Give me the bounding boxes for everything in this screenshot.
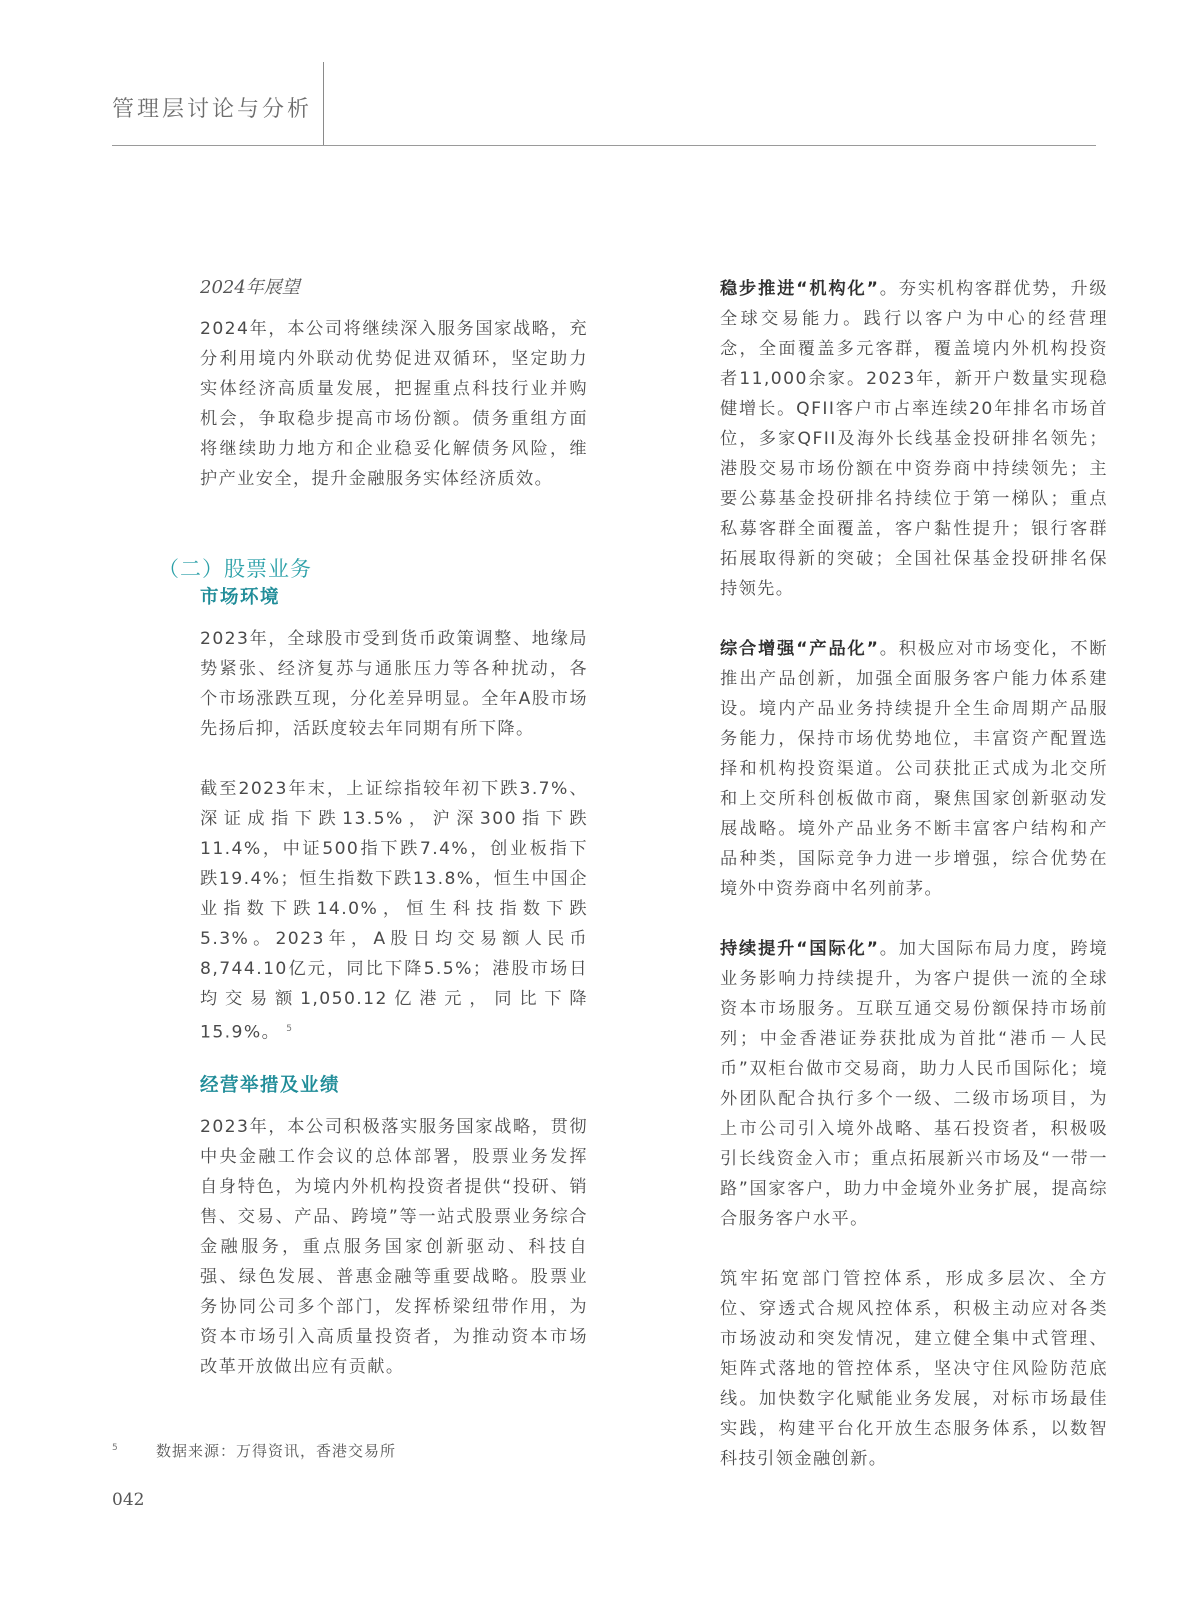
operations-body: 2023年，本公司积极落实服务国家战略，贯彻中央金融工作会议的总体部署，股票业务… [200,1112,588,1382]
footnote: 5数据来源：万得资讯，香港交易所 [112,1440,396,1461]
page-number: 042 [112,1490,144,1510]
spacer [200,744,588,774]
spacer [720,604,1108,634]
footnote-number: 5 [112,1443,156,1453]
paragraph-text: 。积极应对市场变化，不断推出产品创新，加强全面服务客户能力体系建设。境内产品业务… [720,639,1108,899]
header-vertical-divider [323,62,324,146]
paragraph-text: 筑牢拓宽部门管控体系，形成多层次、全方位、穿透式合规风控体系，积极主动应对各类市… [720,1269,1108,1469]
left-column: 2024年展望 2024年，本公司将继续深入服务国家战略，充分利用境内外联动优势… [200,274,588,1382]
outlook-heading: 2024年展望 [200,274,588,302]
header-horizontal-divider [112,145,1096,146]
section-heading-equities: （二）股票业务 [158,553,312,583]
paragraph-institutionalization: 稳步推进“机构化”。夯实机构客群优势，升级全球交易能力。践行以客户为中心的经营理… [720,274,1108,604]
paragraph-text: 。夯实机构客群优势，升级全球交易能力。践行以客户为中心的经营理念，全面覆盖多元客… [720,279,1108,599]
paragraph-lead: 持续提升“国际化” [720,939,879,959]
paragraph-productization: 综合增强“产品化”。积极应对市场变化，不断推出产品创新，加强全面服务客户能力体系… [720,634,1108,904]
spacer [720,904,1108,934]
market-environment-heading: 市场环境 [200,584,588,612]
paragraph-lead: 综合增强“产品化” [720,639,879,659]
header-title: 管理层讨论与分析 [112,92,312,123]
footnote-reference[interactable]: 5 [286,1024,293,1034]
paragraph-text: 。加大国际布局力度，跨境业务影响力持续提升，为客户提供一流的全球资本市场服务。互… [720,939,1108,1229]
market-environment-para-2-text: 截至2023年末，上证综指较年初下跌3.7%、深证成指下跌13.5%，沪深300… [200,779,588,1043]
paragraph-risk-control: 筑牢拓宽部门管控体系，形成多层次、全方位、穿透式合规风控体系，积极主动应对各类市… [720,1264,1108,1474]
spacer [720,1234,1108,1264]
operations-heading: 经营举措及业绩 [200,1072,588,1100]
market-environment-para-1: 2023年，全球股市受到货币政策调整、地缘局势紧张、经济复苏与通胀压力等各种扰动… [200,624,588,744]
footnote-text: 数据来源：万得资讯，香港交易所 [156,1442,396,1460]
paragraph-internationalization: 持续提升“国际化”。加大国际布局力度，跨境业务影响力持续提升，为客户提供一流的全… [720,934,1108,1234]
outlook-body: 2024年，本公司将继续深入服务国家战略，充分利用境内外联动优势促进双循环，坚定… [200,314,588,494]
spacer [200,1048,588,1072]
paragraph-lead: 稳步推进“机构化” [720,279,879,299]
right-column: 稳步推进“机构化”。夯实机构客群优势，升级全球交易能力。践行以客户为中心的经营理… [720,274,1108,1474]
market-environment-para-2: 截至2023年末，上证综指较年初下跌3.7%、深证成指下跌13.5%，沪深300… [200,774,588,1048]
